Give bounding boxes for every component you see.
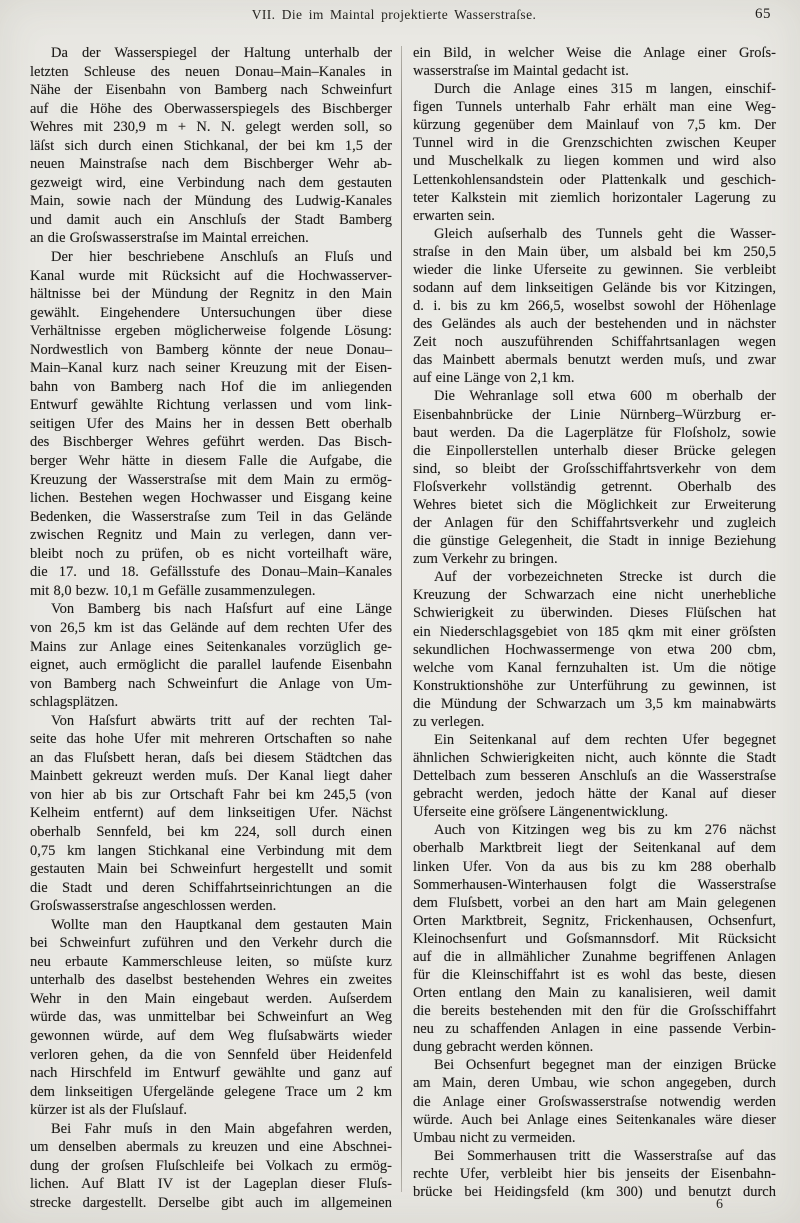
text-line: sind, so bleibt der Groſsschiffahrtsverk… [413,460,776,478]
text-line: oberhalb Marktbreit liegt der Seitenkana… [413,839,776,857]
text-line: Groſswasserstraſse angeschlossen werden. [30,897,392,916]
text-line: bei Schweinfurt zuführen und den Verkehr… [30,934,392,953]
text-line: erwarten sein. [413,207,776,225]
text-line: der Anlagen für den Schiffahrtsverkehr u… [413,514,776,532]
text-line: Eisenbahnbrücke der Linie Nürnberg–Würzb… [413,406,776,424]
text-line: Lettenkohlensandstein oder Plattenkalk u… [413,171,776,189]
text-line: Kelheim entfernt) auf dem linkseitigen U… [30,804,392,823]
text-line: sekundlichen Hochwassermenge von etwa 20… [413,641,776,659]
text-line: und damit auch ein Anschluſs der Stadt B… [30,211,392,230]
text-line: zum Verkehr zu bringen. [413,550,776,568]
text-line: Verhältnisse ergeben möglicherweise folg… [30,322,392,341]
text-line: rechte Ufer, verbleibt hier bis jenseits… [413,1165,776,1183]
text-line: und Muschelkalk zu liegen kommen und wir… [413,152,776,170]
text-line: strecke dargestellt. Derselbe gibt auch … [30,1194,392,1213]
text-line: die Anlage einer Groſswasserstraſse notw… [413,1093,776,1111]
text-line: gebracht werden, jedoch hätte der Kanal … [413,785,776,803]
text-line: dem Fluſsbett, vorbei an den hart am Mai… [413,894,776,912]
text-line: für die Kleinschiffahrt ist es wohl das … [413,966,776,984]
text-line: von 26,5 km ist das Gelände auf dem rech… [30,619,392,638]
paragraph: Gleich auſserhalb des Tunnels geht die W… [413,225,776,388]
text-line: Bei Sommerhausen tritt die Wasserstraſse… [413,1147,776,1165]
text-line: Mains zur Anlage eines Seitenkanales vor… [30,638,392,657]
right-column: ein Bild, in welcher Weise die Anlage ei… [413,44,776,1201]
signature-mark: 6 [716,1197,723,1213]
text-line: Wehres mit 230,9 m + N. N. gelegt werden… [30,118,392,137]
text-line: bleibt noch zu prüfen, ob es nicht vorte… [30,545,392,564]
text-line: seite das hohe Ufer mit mehreren Ortscha… [30,730,392,749]
text-line: gezweigt wird, eine Verbindung nach dem … [30,174,392,193]
text-line: straſse in den Main über, um alsbald bei… [413,243,776,261]
running-head: VII. Die im Maintal projektierte Wassers… [0,7,800,29]
text-line: gewählt. Eingehendere Untersuchungen übe… [30,304,392,323]
text-line: hältnisse bei der Mündung der Regnitz in… [30,285,392,304]
text-line: unterhalb des daselbst bestehenden Wehre… [30,971,392,990]
text-line: Orten entlang den Main zu kanalisieren, … [413,984,776,1002]
text-line: Bei Fahr muſs in den Main abgefahren wer… [30,1120,392,1139]
text-line: Gleich auſserhalb des Tunnels geht die W… [413,225,776,243]
paragraph: Auch von Kitzingen weg bis zu km 276 näc… [413,821,776,1056]
text-line: eignet, auch ermöglicht die parallel lau… [30,656,392,675]
text-line: Floſsverkehr vollständig getrennt. Oberh… [413,478,776,496]
text-line: läſst sich durch einen Stichkanal, der b… [30,137,392,156]
text-line: baut werden. Da die Lagerplätze für Floſ… [413,424,776,442]
paragraph: Da der Wasserspiegel der Haltung unterha… [30,44,392,248]
text-line: seitigen Ufer des Mains her in dessen Be… [30,415,392,434]
text-line: am Main, deren Umbau, wie schon angegebe… [413,1074,776,1092]
text-line: Zeit noch auszuführenden Schiffahrtsanla… [413,333,776,351]
text-line: Main, sowie nach der Mündung des Ludwig-… [30,192,392,211]
text-line: Entwurf gewählte Richtung verlassen und … [30,396,392,415]
text-line: Auf der vorbezeichneten Strecke ist durc… [413,568,776,586]
text-line: Uferseite eine gröſsere Längenentwicklun… [413,803,776,821]
text-line: Kleinochsenfurt und Goſsmannsdorf. Mit R… [413,930,776,948]
text-line: Durch die Anlage eines 315 m langen, ein… [413,80,776,98]
paragraph: ein Bild, in welcher Weise die Anlage ei… [413,44,776,80]
text-line: Nähe der Eisenbahn von Bamberg nach Schw… [30,81,392,100]
paragraph: Bei Fahr muſs in den Main abgefahren wer… [30,1120,392,1213]
text-line: oberhalb Sennfeld, bei km 224, soll durc… [30,823,392,842]
text-line: an das Fluſsbett heran, daſs bei diesem … [30,749,392,768]
text-line: bahn von Bamberg nach Hof die im anliege… [30,378,392,397]
paragraph: Wollte man den Hauptkanal dem gestauten … [30,916,392,1120]
text-line: 0,75 km langen Stichkanal eine Verbindun… [30,842,392,861]
text-line: Sommerhausen-Winterhausen folgt die Wass… [413,876,776,894]
text-line: Kreuzung der Schwarzach eine nicht unerh… [413,586,776,604]
text-line: um denselben abermals zu kreuzen und ein… [30,1138,392,1157]
text-line: Kanal wurde mit Rücksicht auf die Hochwa… [30,267,392,286]
text-line: das Mainbett abermals benutzt werden muſ… [413,351,776,369]
text-line: ähnlichen Schwierigkeiten nicht, auch kö… [413,749,776,767]
text-line: die 17. und 18. Gefällsstufe des Donau–M… [30,563,392,582]
text-line: teter Kalkstein mit ziemlich horizontale… [413,189,776,207]
text-line: schlagsplätzen. [30,693,392,712]
text-line: die Einpollerstellen unterhalb dieser Br… [413,442,776,460]
text-line: dem linkseitigen Ufergelände gelegene Tr… [30,1083,392,1102]
text-line: gewonnen würde, auf dem Weg fluſsabwärts… [30,1027,392,1046]
text-line: Konstruktionshöhe zur Unterführung zu ge… [413,677,776,695]
text-line: d. i. bis zu km 266,5, woselbst sowohl d… [413,297,776,315]
text-line: Die Wehranlage soll etwa 600 m oberhalb … [413,387,776,405]
text-line: Umbau nicht zu vermeiden. [413,1129,776,1147]
text-line: des Bischberger Wehres geführt werden. D… [30,433,392,452]
paragraph: Ein Seitenkanal auf dem rechten Ufer beg… [413,731,776,821]
text-line: würde das, was unmittelbar bei Schweinfu… [30,1008,392,1027]
text-line: ein Bild, in welcher Weise die Anlage ei… [413,44,776,62]
paragraph: Die Wehranlage soll etwa 600 m oberhalb … [413,387,776,568]
paragraph: Von Haſsfurt abwärts tritt auf der recht… [30,712,392,916]
text-line: lichen. Bestehen wegen Hochwasser und Ei… [30,489,392,508]
text-line: Auch von Kitzingen weg bis zu km 276 näc… [413,821,776,839]
paragraph: Von Bamberg bis nach Haſsfurt auf eine L… [30,600,392,711]
text-line: ein Niederschlagsgebiet von 185 qkm mit … [413,623,776,641]
text-line: von hier ab bis zur Ortschaft Fahr bei k… [30,786,392,805]
paragraph: Auf der vorbezeichneten Strecke ist durc… [413,568,776,731]
text-line: Von Bamberg bis nach Haſsfurt auf eine L… [30,600,392,619]
paragraph: Bei Ochsenfurt begegnet man der einzigen… [413,1056,776,1146]
book-page: VII. Die im Maintal projektierte Wassers… [0,0,800,1223]
text-line: Main–Kanal kurz nach seiner Kreuzung mit… [30,359,392,378]
text-line: neuen Mainstraſse nach dem Bischberger W… [30,155,392,174]
text-line: sodann auf dem linkseitigen Gelände bis … [413,279,776,297]
text-line: des Geländes als auch der bestehenden un… [413,315,776,333]
text-line: kürzung gegenüber dem Mainlauf von 7,5 k… [413,116,776,134]
text-line: Von Haſsfurt abwärts tritt auf der recht… [30,712,392,731]
text-line: Wehr in den Main eingebaut werden. Auſse… [30,990,392,1009]
text-line: Bedenken, die Wasserstraſse zum Teil in … [30,508,392,527]
text-line: Der hier beschriebene Anschluſs an Fluſs… [30,248,392,267]
text-line: dung der groſsen Fluſschleife bei Volkac… [30,1157,392,1176]
text-line: wieder die linke Uferseite zu gewinnen. … [413,261,776,279]
text-line: Orten Marktbreit, Segnitz, Frickenhausen… [413,912,776,930]
text-line: auf die Höhe des Oberwasserspiegels des … [30,100,392,119]
text-line: dung gebracht werden können. [413,1038,776,1056]
text-line: neu zu schaffenden Anlagen in eine passe… [413,1020,776,1038]
paragraph: Der hier beschriebene Anschluſs an Fluſs… [30,248,392,600]
text-line: figen Tunnels unterhalb Fahr erhält man … [413,98,776,116]
text-line: letzten Schleuse des neuen Donau–Main–Ka… [30,63,392,82]
text-line: Wehres bietet sich die Möglichkeit zur E… [413,496,776,514]
text-line: wasserstraſse im Maintal gedacht ist. [413,62,776,80]
text-line: die bereits bestehenden mit den für die … [413,1002,776,1020]
text-line: linken Ufer. Von da aus bis zu km 288 ob… [413,858,776,876]
text-line: Ein Seitenkanal auf dem rechten Ufer beg… [413,731,776,749]
text-line: Schwierigkeit zu überwinden. Dieses Flüſ… [413,604,776,622]
text-line: nach Hirschfeld im Entwurf gewählte und … [30,1064,392,1083]
paragraph: Bei Sommerhausen tritt die Wasserstraſse… [413,1147,776,1201]
text-line: lichen. Auf Blatt IV ist der Lageplan di… [30,1175,392,1194]
text-line: berger Wehr hätte in diesem Falle die Au… [30,452,392,471]
text-line: auf die in allmählicher Zunahme begriffe… [413,948,776,966]
text-line: mit 8,0 bezw. 10,1 m Gefälle zusammenzul… [30,582,392,601]
text-line: die Mündung der Schwarzach um 3,5 km mai… [413,695,776,713]
text-line: verloren gehen, da die von Sennfeld über… [30,1046,392,1065]
left-column: Da der Wasserspiegel der Haltung unterha… [30,44,392,1212]
text-line: von Bamberg nach Schweinfurt die Anlage … [30,675,392,694]
text-line: an die Groſswasserstraſse im Maintal err… [30,229,392,248]
text-line: die günstige Gelegenheit, die Stadt in i… [413,532,776,550]
running-title: VII. Die im Maintal projektierte Wassers… [0,7,788,23]
text-line: Wollte man den Hauptkanal dem gestauten … [30,916,392,935]
text-line: Tunnel wird in die Grenzschichten zwisch… [413,134,776,152]
text-line: welche vom Kanal fernzuhalten ist. Um di… [413,659,776,677]
text-line: auf eine Länge von 2,1 km. [413,369,776,387]
text-line: zu verlegen. [413,713,776,731]
page-number: 65 [755,6,771,23]
text-line: Da der Wasserspiegel der Haltung unterha… [30,44,392,63]
paragraph: Durch die Anlage eines 315 m langen, ein… [413,80,776,225]
text-line: würde. Auch bei Anlage eines Seitenkanal… [413,1111,776,1129]
text-line: die Stadt und deren Schiffahrtseinrichtu… [30,879,392,898]
text-line: zwischen Regnitz und Main zu verlegen, d… [30,526,392,545]
text-line: neu erbaute Kammerschleuse leiten, so mü… [30,953,392,972]
text-line: kürzer ist als der Fluſslauf. [30,1101,392,1120]
text-line: gestauten Main bei Schweinfurt hergestel… [30,860,392,879]
text-line: Kreuzung der Wasserstraſse mit dem Main … [30,471,392,490]
text-line: Dettelbach zum besseren Anschluſs an die… [413,767,776,785]
text-line: Nordwestlich von Bamberg könnte der neue… [30,341,392,360]
text-line: Bei Ochsenfurt begegnet man der einzigen… [413,1056,776,1074]
column-divider-rule [401,46,402,1192]
text-line: Mainbett gekreuzt werden muſs. Der Kanal… [30,767,392,786]
